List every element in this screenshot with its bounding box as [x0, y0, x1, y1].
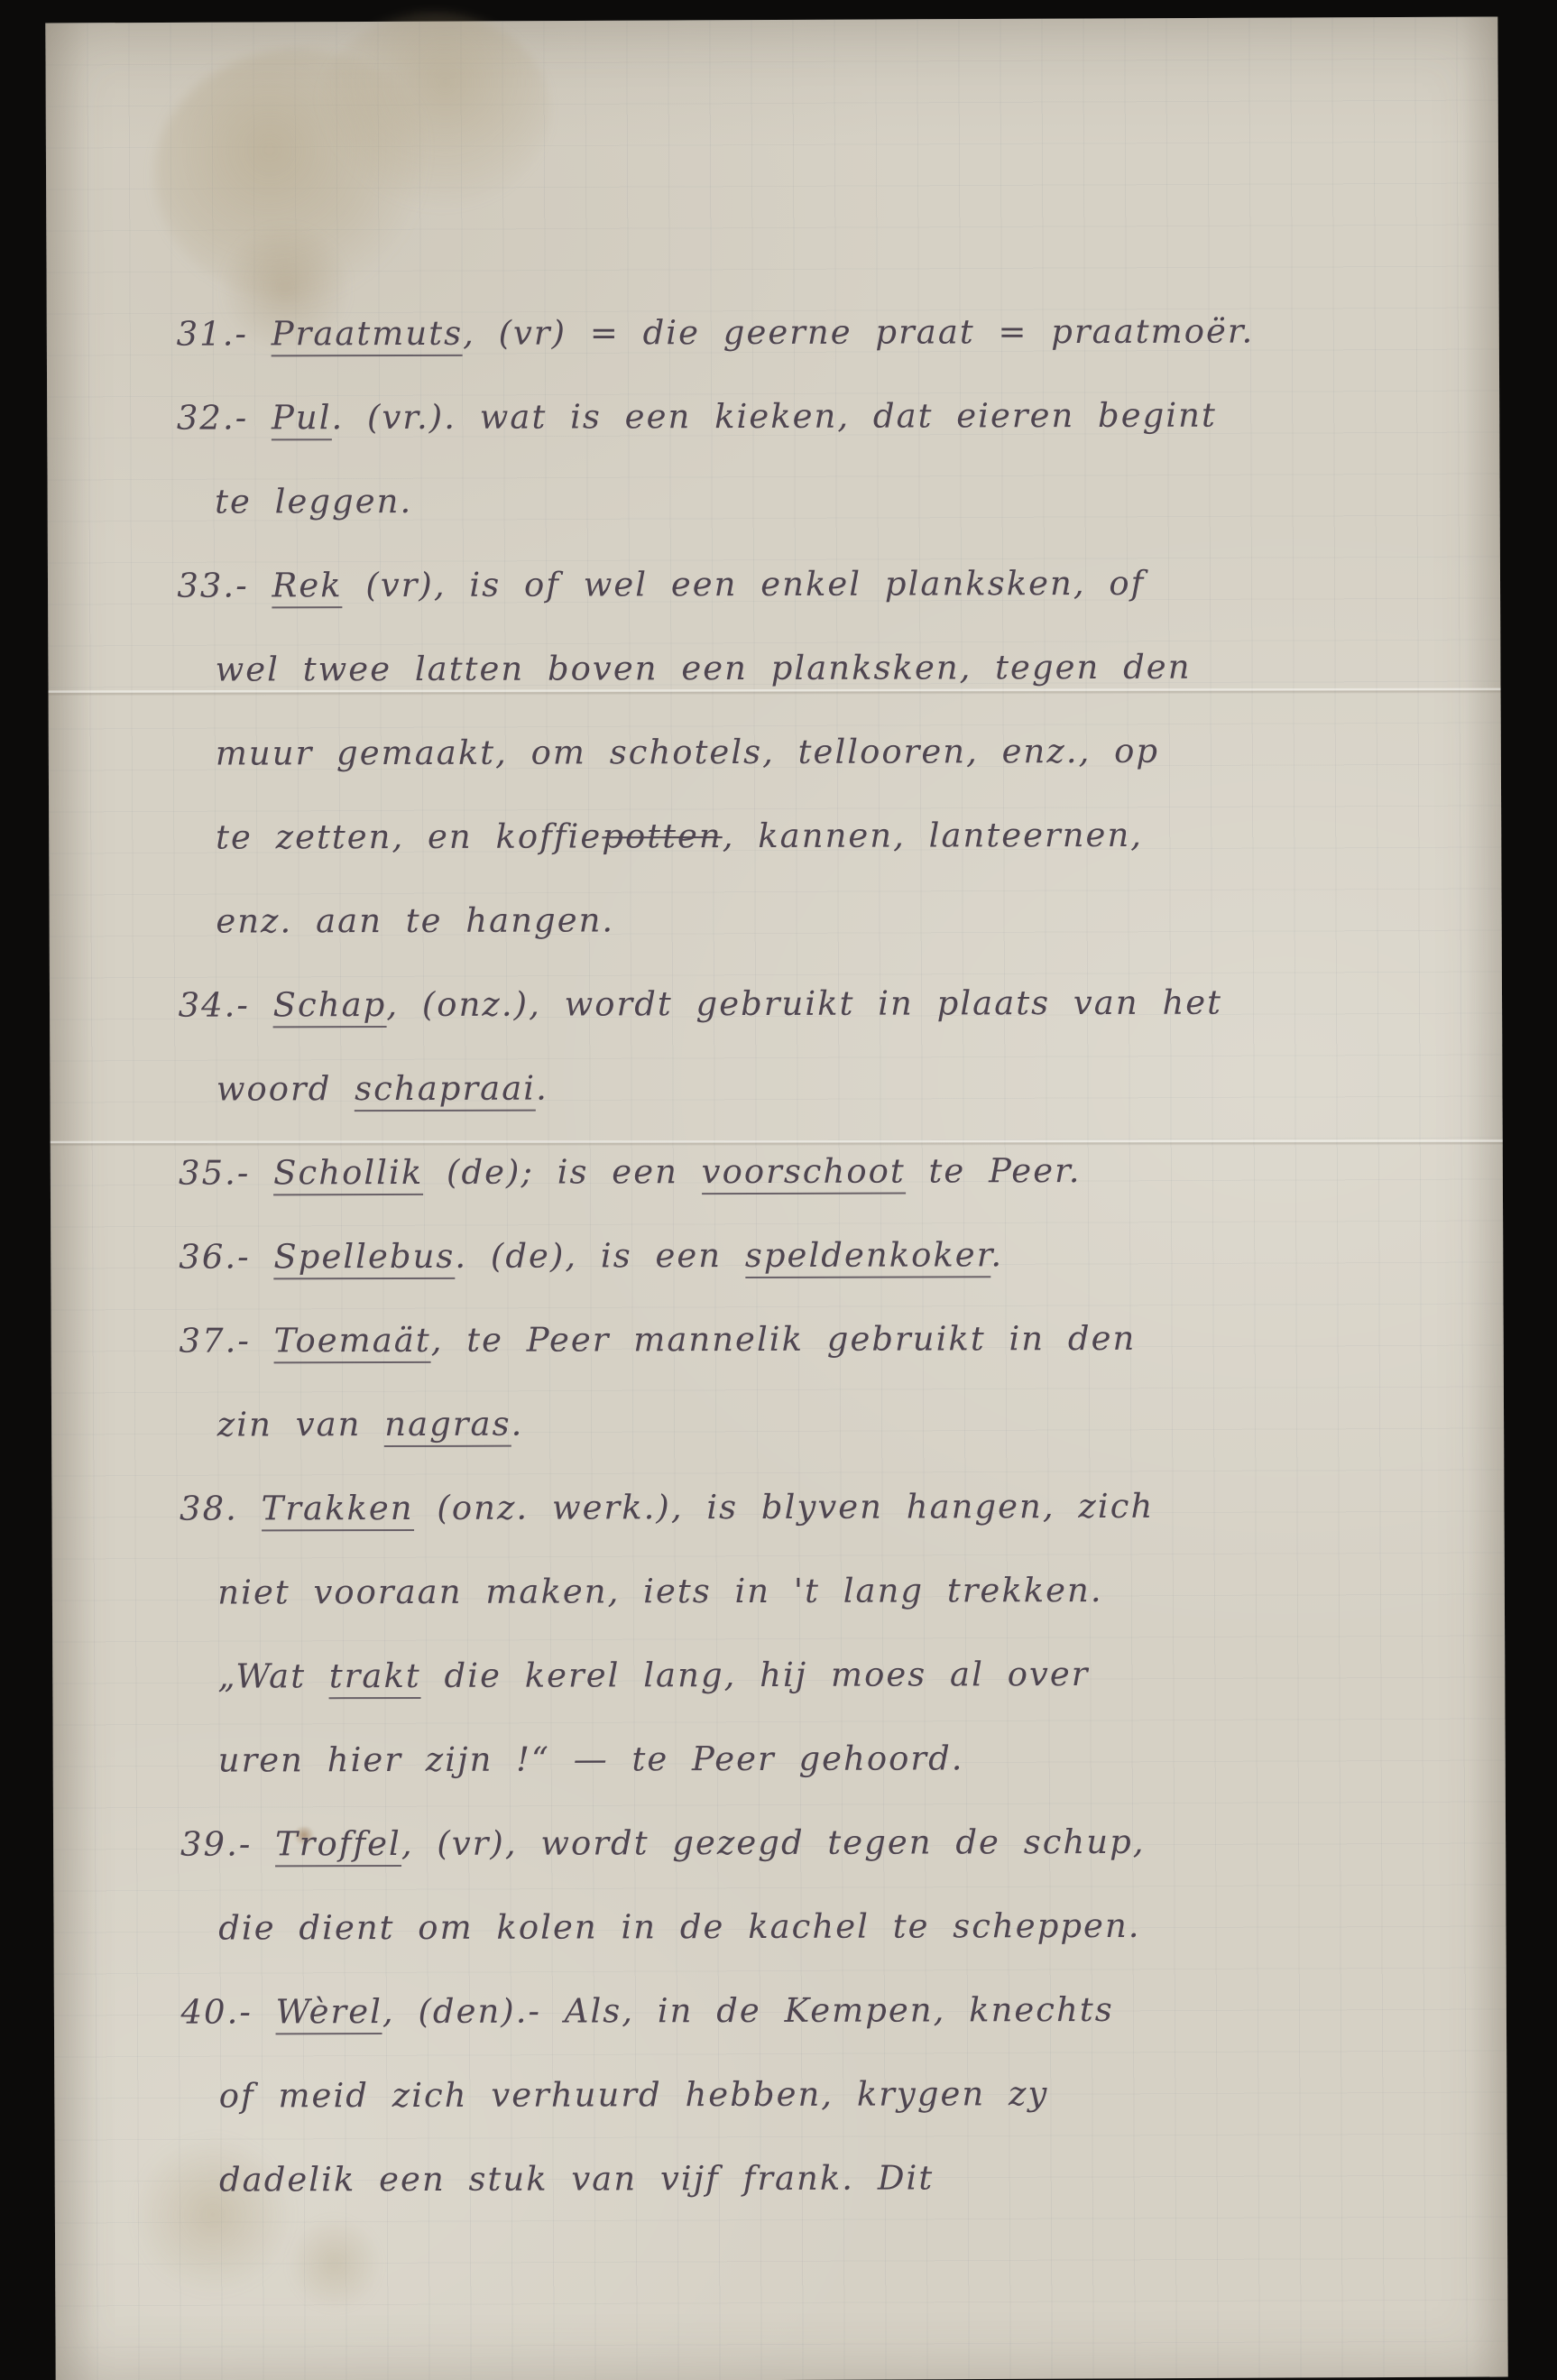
entry-line: 38. Trakken (onz. werk.), is blyven hang…	[180, 1463, 1468, 1551]
text-segment: dadelik een stuk van vijf frank. Dit	[219, 2158, 934, 2199]
text-segment: , kannen, lanteernen,	[723, 816, 1143, 855]
text-segment: , te Peer mannelik gebruikt in den	[431, 1319, 1137, 1360]
text-segment: (vr), is of wel een enkel planksken, of	[343, 564, 1146, 604]
text-segment: 33.-	[177, 566, 272, 604]
text-segment: die dient om kolen in de kachel te schep…	[218, 1906, 1140, 1948]
continuation-line: zin van nagras.	[180, 1379, 1468, 1467]
scan-background: { "colors": { "background": "#0c0b0a", "…	[0, 0, 1557, 2380]
text-segment: 40.-	[180, 1992, 275, 2031]
text-segment: 38.	[180, 1489, 262, 1527]
text-segment: 31.-	[177, 314, 272, 353]
text-segment: enz. aan te hangen.	[216, 900, 614, 940]
text-segment: , (vr) = die geerne praat = praatmoër.	[463, 312, 1254, 353]
continuation-line: wel twee latten boven een planksken, teg…	[177, 624, 1465, 712]
continuation-line: te leggen.	[177, 457, 1465, 544]
entry-line: 32.- Pul. (vr.). wat is een kieken, dat …	[177, 373, 1465, 460]
dialect-word: Trakken	[262, 1489, 414, 1531]
continuation-line: enz. aan te hangen.	[178, 876, 1466, 964]
continuation-line: niet vooraan maken, iets in 't lang trek…	[180, 1547, 1468, 1635]
entry-line: 39.- Troffel, (vr), wordt gezegd tegen d…	[180, 1799, 1469, 1886]
paper-stain	[281, 2214, 389, 2314]
text-segment: .	[536, 1069, 548, 1108]
text-segment: . (de), is een	[455, 1236, 745, 1276]
dialect-word: Schap	[273, 985, 387, 1028]
dialect-word: voorschoot	[702, 1152, 906, 1195]
continuation-line: te zetten, en koffiepotten, kannen, lant…	[178, 792, 1466, 880]
text-segment: te leggen.	[215, 482, 412, 521]
text-segment: . (vr.). wat is een kieken, dat eieren b…	[331, 396, 1216, 438]
dialect-word: speldenkoker	[745, 1235, 991, 1278]
text-segment: .	[511, 1405, 523, 1444]
entry-line: 33.- Rek (vr), is of wel een enkel plank…	[177, 540, 1465, 628]
entry-line: 37.- Toemaät, te Peer mannelik gebruikt …	[179, 1296, 1467, 1383]
text-segment: 32.-	[177, 398, 272, 437]
dialect-word: Toemaät	[274, 1321, 431, 1363]
continuation-line: die dient om kolen in de kachel te schep…	[180, 1883, 1469, 1970]
text-segment: , (vr), wordt gezegd tegen de schup,	[401, 1822, 1146, 1863]
text-segment: te Peer.	[906, 1151, 1082, 1191]
text-segment: die kerel lang, hij moes al over	[421, 1655, 1090, 1695]
text-segment: of meid zich verhuurd hebben, krygen zy	[219, 2074, 1049, 2115]
continuation-line: woord schapraai.	[179, 1044, 1467, 1131]
text-segment: 35.-	[179, 1153, 273, 1192]
entry-line: 31.- Praatmuts, (vr) = die geerne praat …	[176, 289, 1464, 376]
text-segment: 34.-	[178, 985, 272, 1024]
text-segment: woord	[217, 1069, 355, 1108]
continuation-line: dadelik een stuk van vijf frank. Dit	[181, 2135, 1469, 2222]
text-segment: uren hier zijn !“ — te Peer gehoord.	[218, 1739, 964, 1779]
paper-stain	[316, 12, 551, 211]
text-segment: , (den).- Als, in de Kempen, knechts	[382, 1990, 1114, 2031]
continuation-line: muur gemaakt, om schotels, tellooren, en…	[178, 708, 1466, 796]
continuation-line: uren hier zijn !“ — te Peer gehoord.	[180, 1715, 1469, 1803]
continuation-line: „Wat trakt die kerel lang, hij moes al o…	[180, 1631, 1468, 1719]
manuscript-page: 31.- Praatmuts, (vr) = die geerne praat …	[45, 16, 1507, 2380]
dialect-word: Pul	[272, 398, 332, 440]
entry-line: 36.- Spellebus. (de), is een speldenkoke…	[179, 1212, 1467, 1299]
dialect-word: Spellebus	[273, 1237, 455, 1280]
text-segment: 36.-	[179, 1237, 273, 1276]
text-segment: , (onz.), wordt gebruikt in plaats van h…	[386, 983, 1222, 1024]
text-segment: (de); is een	[423, 1152, 702, 1192]
dialect-word: Schollik	[273, 1153, 423, 1195]
continuation-line: of meid zich verhuurd hebben, krygen zy	[181, 2051, 1469, 2138]
text-segment: zin van	[217, 1405, 385, 1444]
dialect-word: Wèrel	[276, 1992, 382, 2034]
text-segment: te zetten, en koffie	[216, 816, 602, 856]
text-segment: (onz. werk.), is blyven hangen, zich	[414, 1487, 1155, 1527]
text-segment: .	[990, 1235, 1003, 1274]
dialect-word: Rek	[272, 566, 342, 608]
text-segment: wel twee latten boven een planksken, teg…	[216, 648, 1192, 689]
entry-line: 35.- Schollik (de); is een voorschoot te…	[179, 1128, 1467, 1215]
dialect-word: Troffel	[275, 1824, 401, 1867]
entry-line: 34.- Schap, (onz.), wordt gebruikt in pl…	[178, 960, 1466, 1047]
text-segment: potten	[602, 816, 723, 855]
paper-stain	[153, 49, 443, 302]
entry-line: 40.- Wèrel, (den).- Als, in de Kempen, k…	[180, 1967, 1469, 2054]
dialect-word: schapraai	[355, 1069, 536, 1112]
text-segment: niet vooraan maken, iets in 't lang trek…	[217, 1571, 1102, 1612]
text-segment: muur gemaakt, om schotels, tellooren, en…	[216, 732, 1159, 773]
text-segment: „Wat	[217, 1656, 328, 1695]
dialect-word: nagras	[384, 1405, 511, 1447]
dialect-word: Praatmuts	[272, 314, 463, 357]
text-block: 31.- Praatmuts, (vr) = die geerne praat …	[176, 289, 1469, 2222]
dialect-word: trakt	[329, 1656, 421, 1699]
text-segment: 37.-	[179, 1321, 273, 1360]
text-segment: 39.-	[180, 1824, 275, 1863]
